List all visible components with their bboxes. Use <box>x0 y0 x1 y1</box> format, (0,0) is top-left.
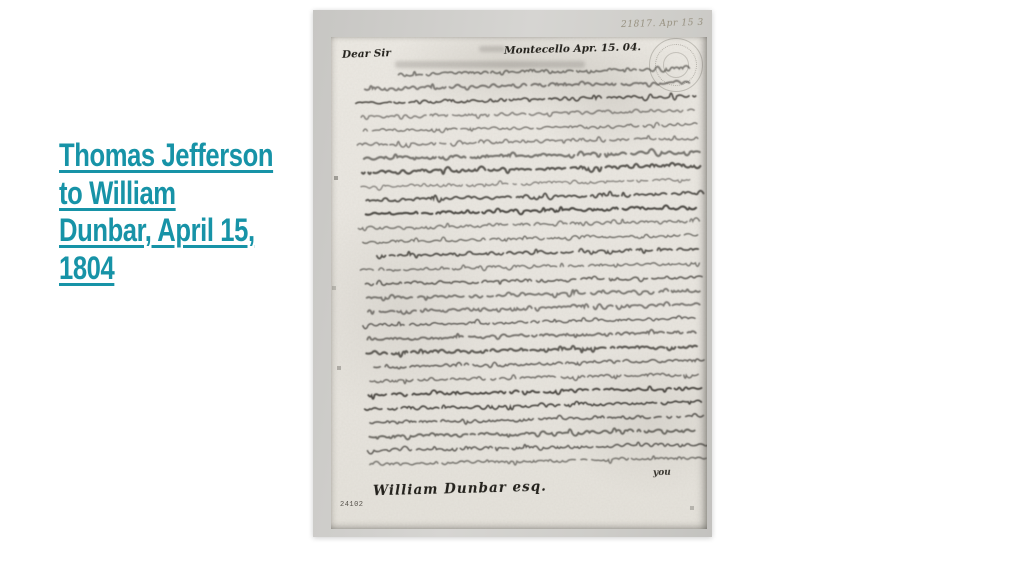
manuscript-scan-image: 21817. Apr 15 3 Dear Sir Montecello Apr.… <box>313 10 712 537</box>
letter-paper: Dear Sir Montecello Apr. 15. 04. you Wil… <box>331 37 707 529</box>
title-line: to William <box>59 175 299 213</box>
letter-salutation: Dear Sir <box>342 47 391 61</box>
slide-title-link[interactable]: Thomas Jefferson to William Dunbar, Apri… <box>59 137 299 287</box>
letter-catchword: you <box>653 468 671 479</box>
archivist-annotation: 21817. Apr 15 3 <box>621 18 704 30</box>
dust-specks <box>331 37 333 39</box>
title-line: Thomas Jefferson <box>59 137 299 175</box>
archive-number: 24102 <box>340 501 364 509</box>
title-line: Dunbar, April 15, <box>59 212 299 250</box>
slide-canvas: Thomas Jefferson to William Dunbar, Apri… <box>0 0 1024 576</box>
ink-smudge <box>479 46 505 52</box>
handwriting-lines <box>346 58 707 511</box>
title-line: 1804 <box>59 250 299 288</box>
